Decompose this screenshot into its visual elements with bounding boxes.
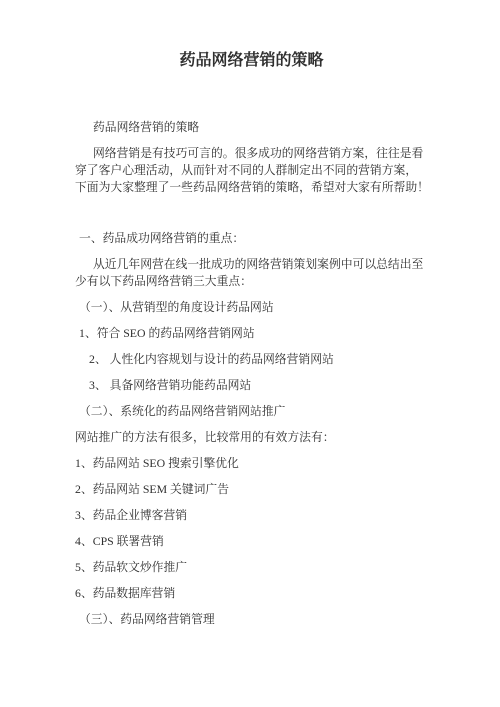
promotion-list-item-5: 5、药品软文炒作推广 — [75, 559, 428, 576]
text-line: 1、药品网站 SEO 搜索引擎优化 — [75, 455, 428, 472]
text-line: 4、CPS 联署营销 — [75, 533, 428, 550]
text-line: （一）、从营销型的角度设计药品网站 — [75, 299, 428, 316]
text-line: 药品网络营销的策略 — [75, 119, 428, 136]
promotion-list-item-4: 4、CPS 联署营销 — [75, 533, 428, 550]
design-list-item-3: 3、 具备网络营销功能药品网站 — [75, 377, 428, 394]
text-line: 从近几年网营在线一批成功的网络营销策划案例中可以总结出至 — [75, 256, 428, 273]
promotion-intro: 网站推广的方法有很多，比较常用的有效方法有： — [75, 429, 428, 446]
text-line: 3、药品企业博客营销 — [75, 507, 428, 524]
subsection-1-heading: （一）、从营销型的角度设计药品网站 — [75, 299, 428, 316]
text-line: 网络营销是有技巧可言的。很多成功的网络营销方案，往往是看 — [75, 145, 428, 162]
text-line: 5、药品软文炒作推广 — [75, 559, 428, 576]
text-line: 穿了客户心理活动，从而针对不同的人群制定出不同的营销方案， — [75, 162, 428, 179]
intro-paragraph: 网络营销是有技巧可言的。很多成功的网络营销方案，往往是看 穿了客户心理活动，从而… — [75, 145, 428, 196]
text-line: 网站推广的方法有很多，比较常用的有效方法有： — [75, 429, 428, 446]
document-page: 药品网络营销的策略 药品网络营销的策略 网络营销是有技巧可言的。很多成功的网络营… — [0, 0, 500, 707]
intro-heading: 药品网络营销的策略 — [75, 119, 428, 136]
section-1-paragraph: 从近几年网营在线一批成功的网络营销策划案例中可以总结出至 少有以下药品网络营销三… — [75, 256, 428, 290]
text-line: 一、药品成功网络营销的重点： — [75, 230, 428, 247]
promotion-list-item-6: 6、药品数据库营销 — [75, 585, 428, 602]
design-list-item-1: 1、符合 SEO 的药品网络营销网站 — [75, 325, 428, 342]
design-list-item-2: 2、 人性化内容规划与设计的药品网络营销网站 — [75, 351, 428, 368]
text-line: 下面为大家整理了一些药品网络营销的策略，希望对大家有所帮助！ — [75, 179, 428, 196]
text-line: 6、药品数据库营销 — [75, 585, 428, 602]
promotion-list-item-2: 2、药品网站 SEM 关键词广告 — [75, 481, 428, 498]
text-line: （三）、药品网络营销管理 — [75, 611, 428, 628]
subsection-2-heading: （二）、系统化的药品网络营销网站推广 — [75, 403, 428, 420]
text-line: 3、 具备网络营销功能药品网站 — [75, 377, 428, 394]
text-line: 2、药品网站 SEM 关键词广告 — [75, 481, 428, 498]
text-line: （二）、系统化的药品网络营销网站推广 — [75, 403, 428, 420]
section-1-heading: 一、药品成功网络营销的重点： — [75, 230, 428, 247]
text-line: 少有以下药品网络营销三大重点： — [75, 273, 428, 290]
text-line: 2、 人性化内容规划与设计的药品网络营销网站 — [75, 351, 428, 368]
text-line: 1、符合 SEO 的药品网络营销网站 — [75, 325, 428, 342]
document-title: 药品网络营销的策略 — [75, 50, 428, 72]
promotion-list-item-1: 1、药品网站 SEO 搜索引擎优化 — [75, 455, 428, 472]
subsection-3-heading: （三）、药品网络营销管理 — [75, 611, 428, 628]
promotion-list-item-3: 3、药品企业博客营销 — [75, 507, 428, 524]
